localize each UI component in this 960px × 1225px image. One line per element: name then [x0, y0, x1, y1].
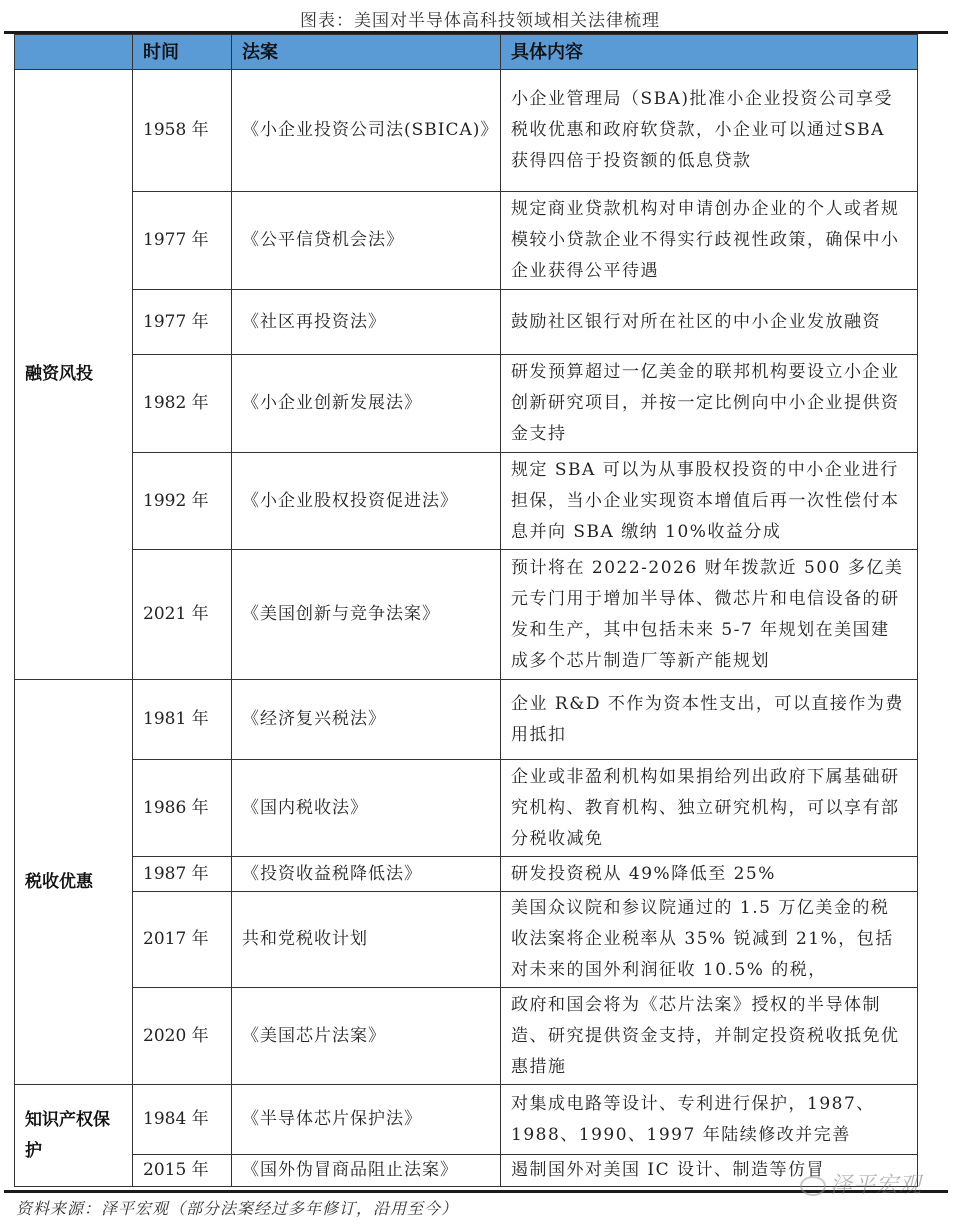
law-cell: 《投资收益税降低法》: [232, 857, 501, 892]
law-cell: 《小企业创新发展法》: [232, 355, 501, 453]
content-cell: 预计将在 2022-2026 财年拨款近 500 多亿美元专门用于增加半导体、微…: [501, 550, 918, 680]
table-row: 1977 年《社区再投资法》鼓励社区银行对所在社区的中小企业发放融资: [15, 290, 918, 355]
content-cell: 研发投资税从 49%降低至 25%: [501, 857, 918, 892]
table-row: 2021 年《美国创新与竞争法案》预计将在 2022-2026 财年拨款近 50…: [15, 550, 918, 680]
table-row: 2017 年共和党税收计划美国众议院和参议院通过的 1.5 万亿美金的税收法案将…: [15, 892, 918, 988]
laws-table: 时间 法案 具体内容 融资风投1958 年《小企业投资公司法(SBICA)》小企…: [14, 34, 918, 1187]
content-cell: 对集成电路等设计、专利进行保护，1987、1988、1990、1997 年陆续修…: [501, 1085, 918, 1155]
table-row: 1986 年《国内税收法》企业或非盈利机构如果捐给列出政府下属基础研究机构、教育…: [15, 760, 918, 857]
year-cell: 1958 年: [133, 70, 232, 192]
law-cell: 《国内税收法》: [232, 760, 501, 857]
year-cell: 2021 年: [133, 550, 232, 680]
year-cell: 1986 年: [133, 760, 232, 857]
law-cell: 《国外伪冒商品阻止法案》: [232, 1155, 501, 1187]
law-cell: 共和党税收计划: [232, 892, 501, 988]
law-cell: 《美国创新与竞争法案》: [232, 550, 501, 680]
table-row: 2020 年《美国芯片法案》政府和国会将为《芯片法案》授权的半导体制造、研究提供…: [15, 988, 918, 1085]
table-row: 融资风投1958 年《小企业投资公司法(SBICA)》小企业管理局（SBA)批准…: [15, 70, 918, 192]
law-cell: 《社区再投资法》: [232, 290, 501, 355]
law-cell: 《美国芯片法案》: [232, 988, 501, 1085]
table-row: 2015 年《国外伪冒商品阻止法案》遏制国外对美国 IC 设计、制造等仿冒: [15, 1155, 918, 1187]
year-cell: 1992 年: [133, 453, 232, 550]
table-header-row: 时间 法案 具体内容: [15, 35, 918, 70]
watermark-text: 泽平宏观: [830, 1173, 922, 1198]
year-cell: 1987 年: [133, 857, 232, 892]
content-cell: 美国众议院和参议院通过的 1.5 万亿美金的税收法案将企业税率从 35% 锐减到…: [501, 892, 918, 988]
content-cell: 规定商业贷款机构对申请创办企业的个人或者规模较小贷款企业不得实行歧视性政策，确保…: [501, 192, 918, 290]
header-content: 具体内容: [501, 35, 918, 70]
category-cell: 融资风投: [15, 70, 133, 680]
law-cell: 《半导体芯片保护法》: [232, 1085, 501, 1155]
category-cell: 税收优惠: [15, 680, 133, 1085]
year-cell: 1984 年: [133, 1085, 232, 1155]
content-cell: 规定 SBA 可以为从事股权投资的中小企业进行担保，当小企业实现资本增值后再一次…: [501, 453, 918, 550]
year-cell: 1981 年: [133, 680, 232, 760]
year-cell: 1977 年: [133, 290, 232, 355]
source-note: 资料来源：泽平宏观（部分法案经过多年修订，沿用至今）: [16, 1196, 458, 1219]
wechat-icon: [800, 1176, 826, 1196]
content-cell: 企业或非盈利机构如果捐给列出政府下属基础研究机构、教育机构、独立研究机构，可以享…: [501, 760, 918, 857]
figure-title: 图表：美国对半导体高科技领域相关法律梳理: [0, 6, 960, 31]
table-row: 1987 年《投资收益税降低法》研发投资税从 49%降低至 25%: [15, 857, 918, 892]
law-cell: 《经济复兴税法》: [232, 680, 501, 760]
content-cell: 企业 R&D 不作为资本性支出，可以直接作为费用抵扣: [501, 680, 918, 760]
header-category: [15, 35, 133, 70]
content-cell: 鼓励社区银行对所在社区的中小企业发放融资: [501, 290, 918, 355]
year-cell: 1977 年: [133, 192, 232, 290]
law-cell: 《小企业股权投资促进法》: [232, 453, 501, 550]
content-cell: 研发预算超过一亿美金的联邦机构要设立小企业创新研究项目，并按一定比例向中小企业提…: [501, 355, 918, 453]
category-cell: 知识产权保护: [15, 1085, 133, 1187]
content-cell: 政府和国会将为《芯片法案》授权的半导体制造、研究提供资金支持，并制定投资税收抵免…: [501, 988, 918, 1085]
watermark: 泽平宏观: [800, 1168, 922, 1199]
law-cell: 《小企业投资公司法(SBICA)》: [232, 70, 501, 192]
year-cell: 2017 年: [133, 892, 232, 988]
header-law: 法案: [232, 35, 501, 70]
table-row: 知识产权保护1984 年《半导体芯片保护法》对集成电路等设计、专利进行保护，19…: [15, 1085, 918, 1155]
table-row: 1992 年《小企业股权投资促进法》规定 SBA 可以为从事股权投资的中小企业进…: [15, 453, 918, 550]
year-cell: 2015 年: [133, 1155, 232, 1187]
header-time: 时间: [133, 35, 232, 70]
table-row: 1977 年《公平信贷机会法》规定商业贷款机构对申请创办企业的个人或者规模较小贷…: [15, 192, 918, 290]
year-cell: 1982 年: [133, 355, 232, 453]
law-cell: 《公平信贷机会法》: [232, 192, 501, 290]
table-row: 税收优惠1981 年《经济复兴税法》企业 R&D 不作为资本性支出，可以直接作为…: [15, 680, 918, 760]
table-row: 1982 年《小企业创新发展法》研发预算超过一亿美金的联邦机构要设立小企业创新研…: [15, 355, 918, 453]
content-cell: 小企业管理局（SBA)批准小企业投资公司享受税收优惠和政府软贷款，小企业可以通过…: [501, 70, 918, 192]
year-cell: 2020 年: [133, 988, 232, 1085]
